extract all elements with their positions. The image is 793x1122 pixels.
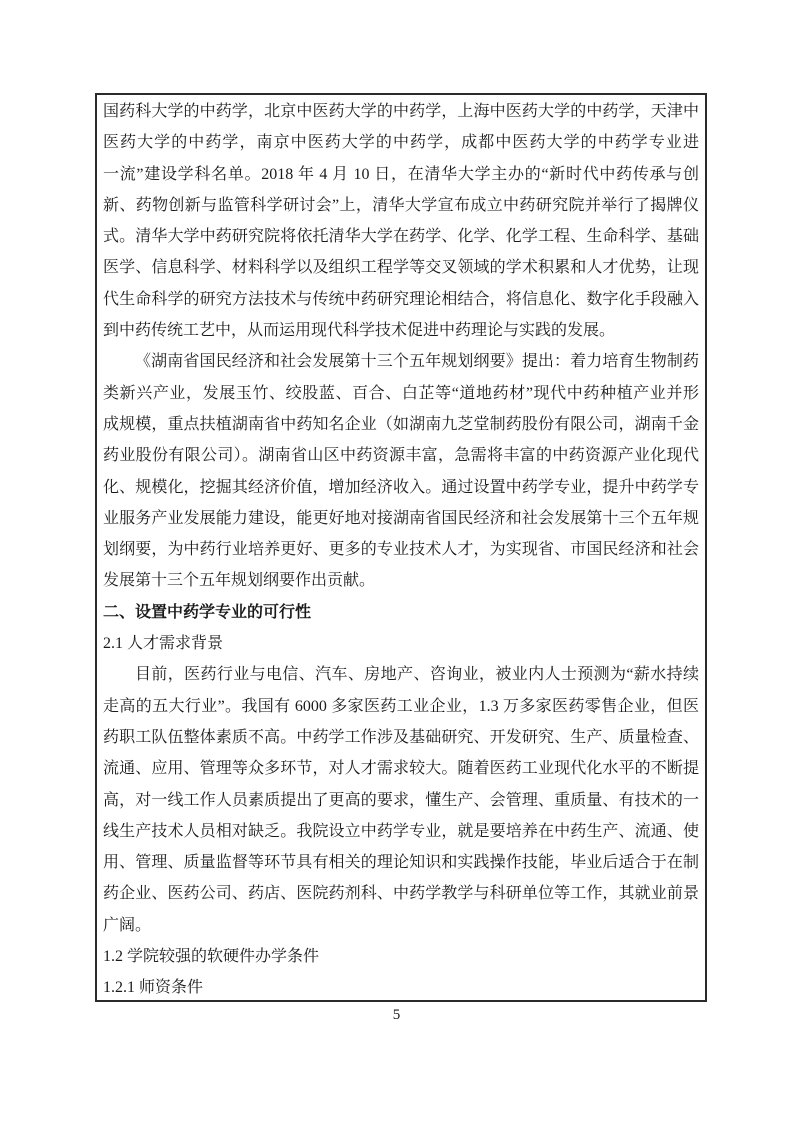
text-line: 新、药物创新与监管科学研讨会”上，清华大学宣布成立中药研究院并举行了揭牌仪 <box>103 190 699 221</box>
text-line: 广阔。 <box>103 910 699 941</box>
text-line: 成规模，重点扶植湖南省中药知名企业（如湖南九芝堂制药股份有限公司，湖南千金 <box>103 409 699 440</box>
text-line: 流通、应用、管理等众多环节，对人才需求较大。随着医药工业现代化水平的不断提 <box>103 753 699 784</box>
text-line: 医学、信息科学、材料科学以及组织工程学等交叉领域的学术积累和人才优势，让现 <box>103 252 699 283</box>
text-line: 2.1 人才需求背景 <box>103 628 699 659</box>
text-line: 1.2 学院较强的软硬件办学条件 <box>103 941 699 972</box>
section-heading: 二、设置中药学专业的可行性 <box>103 597 699 628</box>
text-line: 药业股份有限公司）。湖南省山区中药资源丰富，急需将丰富的中药资源产业化现代 <box>103 440 699 471</box>
text-line: 化、规模化，挖掘其经济价值，增加经济收入。通过设置中药学专业，提升中药学专 <box>103 472 699 503</box>
text-line: 目前，医药行业与电信、汽车、房地产、咨询业，被业内人士预测为“薪水持续 <box>103 659 699 690</box>
text-line: 用、管理、质量监督等环节具有相关的理论知识和实践操作技能，毕业后适合于在制 <box>103 847 699 878</box>
page-number: 5 <box>0 1005 793 1025</box>
text-line: 国药科大学的中药学，北京中医药大学的中药学，上海中医药大学的中药学，天津中 <box>103 96 699 127</box>
text-line: 《湖南省国民经济和社会发展第十三个五年规划纲要》提出：着力培育生物制药 <box>103 346 699 377</box>
text-line: 1.2.1 师资条件 <box>103 972 699 1003</box>
text-line: 走高的五大行业”。我国有 6000 多家医药工业企业，1.3 万多家医药零售企业… <box>103 691 699 722</box>
text-line: 高，对一线工作人员素质提出了更高的要求，懂生产、会管理、重质量、有技术的一 <box>103 785 699 816</box>
text-line: 医药大学的中药学，南京中医药大学的中药学，成都中医药大学的中药学专业进入“双 <box>103 127 699 158</box>
text-line: 业服务产业发展能力建设，能更好地对接湖南省国民经济和社会发展第十三个五年规 <box>103 503 699 534</box>
text-line: 式。清华大学中药研究院将依托清华大学在药学、化学、化学工程、生命科学、基础 <box>103 221 699 252</box>
text-line: 发展第十三个五年规划纲要作出贡献。 <box>103 565 699 596</box>
text-line: 药企业、医药公司、药店、医院药剂科、中药学教学与科研单位等工作，其就业前景 <box>103 878 699 909</box>
text-line: 类新兴产业，发展玉竹、绞股蓝、百合、白芷等“道地药材”现代中药种植产业并形 <box>103 378 699 409</box>
text-line: 线生产技术人员相对缺乏。我院设立中药学专业，就是要培养在中药生产、流通、使 <box>103 816 699 847</box>
text-line: 到中药传统工艺中，从而运用现代科学技术促进中药理论与实践的发展。 <box>103 315 699 346</box>
text-line: 代生命科学的研究方法技术与传统中药研究理论相结合，将信息化、数字化手段融入 <box>103 284 699 315</box>
document-border-frame: 国药科大学的中药学，北京中医药大学的中药学，上海中医药大学的中药学，天津中医药大… <box>95 93 707 1002</box>
document-text: 国药科大学的中药学，北京中医药大学的中药学，上海中医药大学的中药学，天津中医药大… <box>97 95 705 1004</box>
text-line: 划纲要，为中药行业培养更好、更多的专业技术人才，为实现省、市国民经济和社会 <box>103 534 699 565</box>
text-line: 一流”建设学科名单。2018 年 4 月 10 日，在清华大学主办的“新时代中药… <box>103 159 699 190</box>
text-line: 药职工队伍整体素质不高。中药学工作涉及基础研究、开发研究、生产、质量检查、 <box>103 722 699 753</box>
